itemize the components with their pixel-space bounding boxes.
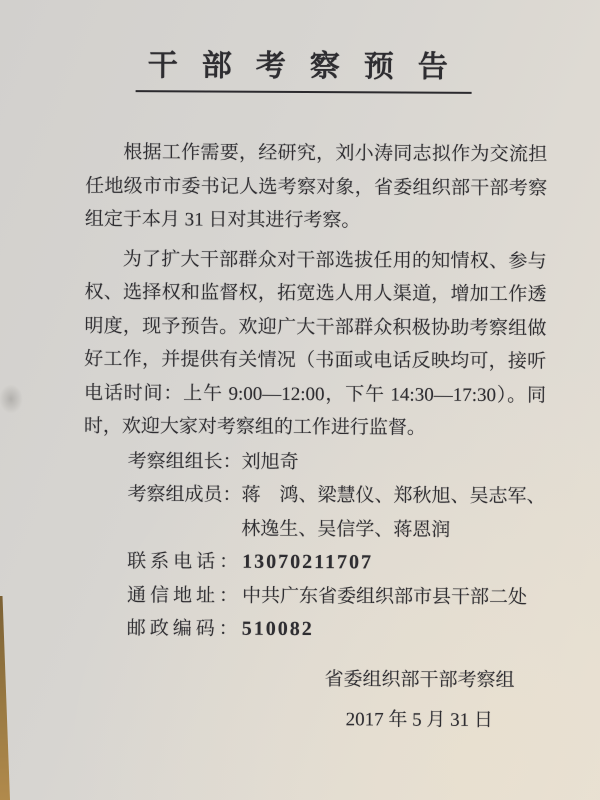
field-mailing-address: 通信地址： 中共广东省委组织部市县干部二处: [127, 579, 545, 615]
mailing-address-label: 通信地址：: [127, 579, 242, 613]
paragraph-inspection-subject: 根据工作需要，经研究，刘小涛同志拟作为交流担任地级市市委书记人选考察对象，省委组…: [85, 136, 548, 239]
team-leader-label: 考察组组长：: [128, 445, 242, 479]
signature-block: 省委组织部干部考察组 2017 年 5 月 31 日: [324, 660, 514, 741]
photographed-notice-document: 干部考察预告 根据工作需要，经研究，刘小涛同志拟作为交流担任地级市市委书记人选考…: [0, 0, 600, 800]
team-members-label: 考察组成员：: [127, 478, 241, 512]
postal-code-value: 510082: [242, 613, 314, 647]
field-team-members: 考察组成员： 蒋 鸿、梁慧仪、郑秋旭、吴志军、 林逸生、吴信学、蒋恩润: [127, 478, 545, 547]
field-contact-phone: 联系电话： 13070211707: [127, 545, 545, 581]
postal-code-label: 邮政编码：: [127, 612, 242, 646]
paragraph-public-notice: 为了扩大干部群众对干部选拔任用的知情权、参与权、选择权和监督权，拓宽选人用人渠道…: [84, 242, 547, 445]
team-leader-name: 刘旭奇: [242, 445, 299, 479]
field-team-leader: 考察组组长： 刘旭奇: [128, 445, 546, 481]
signature-date: 2017 年 5 月 31 日: [324, 700, 514, 741]
mailing-address-value: 中共广东省委组织部市县干部二处: [242, 579, 527, 614]
title-row: 干部考察预告: [60, 49, 548, 95]
notice-page: 干部考察预告 根据工作需要，经研究，刘小涛同志拟作为交流担任地级市市委书记人选考…: [0, 0, 600, 800]
notice-title: 干部考察预告: [136, 49, 472, 94]
team-members-line2: 林逸生、吴信学、蒋恩润: [241, 512, 545, 547]
contact-phone-label: 联系电话：: [127, 545, 242, 579]
contact-phone-number: 13070211707: [242, 546, 373, 580]
team-members-line1: 蒋 鸿、梁慧仪、郑秋旭、吴志军、: [241, 479, 545, 514]
team-members-names: 蒋 鸿、梁慧仪、郑秋旭、吴志军、 林逸生、吴信学、蒋恩润: [241, 479, 545, 548]
field-postal-code: 邮政编码： 510082: [127, 612, 545, 648]
signature-org: 省委组织部干部考察组: [324, 660, 514, 701]
info-fields: 考察组组长： 刘旭奇 考察组成员： 蒋 鸿、梁慧仪、郑秋旭、吴志军、 林逸生、吴…: [127, 445, 546, 648]
